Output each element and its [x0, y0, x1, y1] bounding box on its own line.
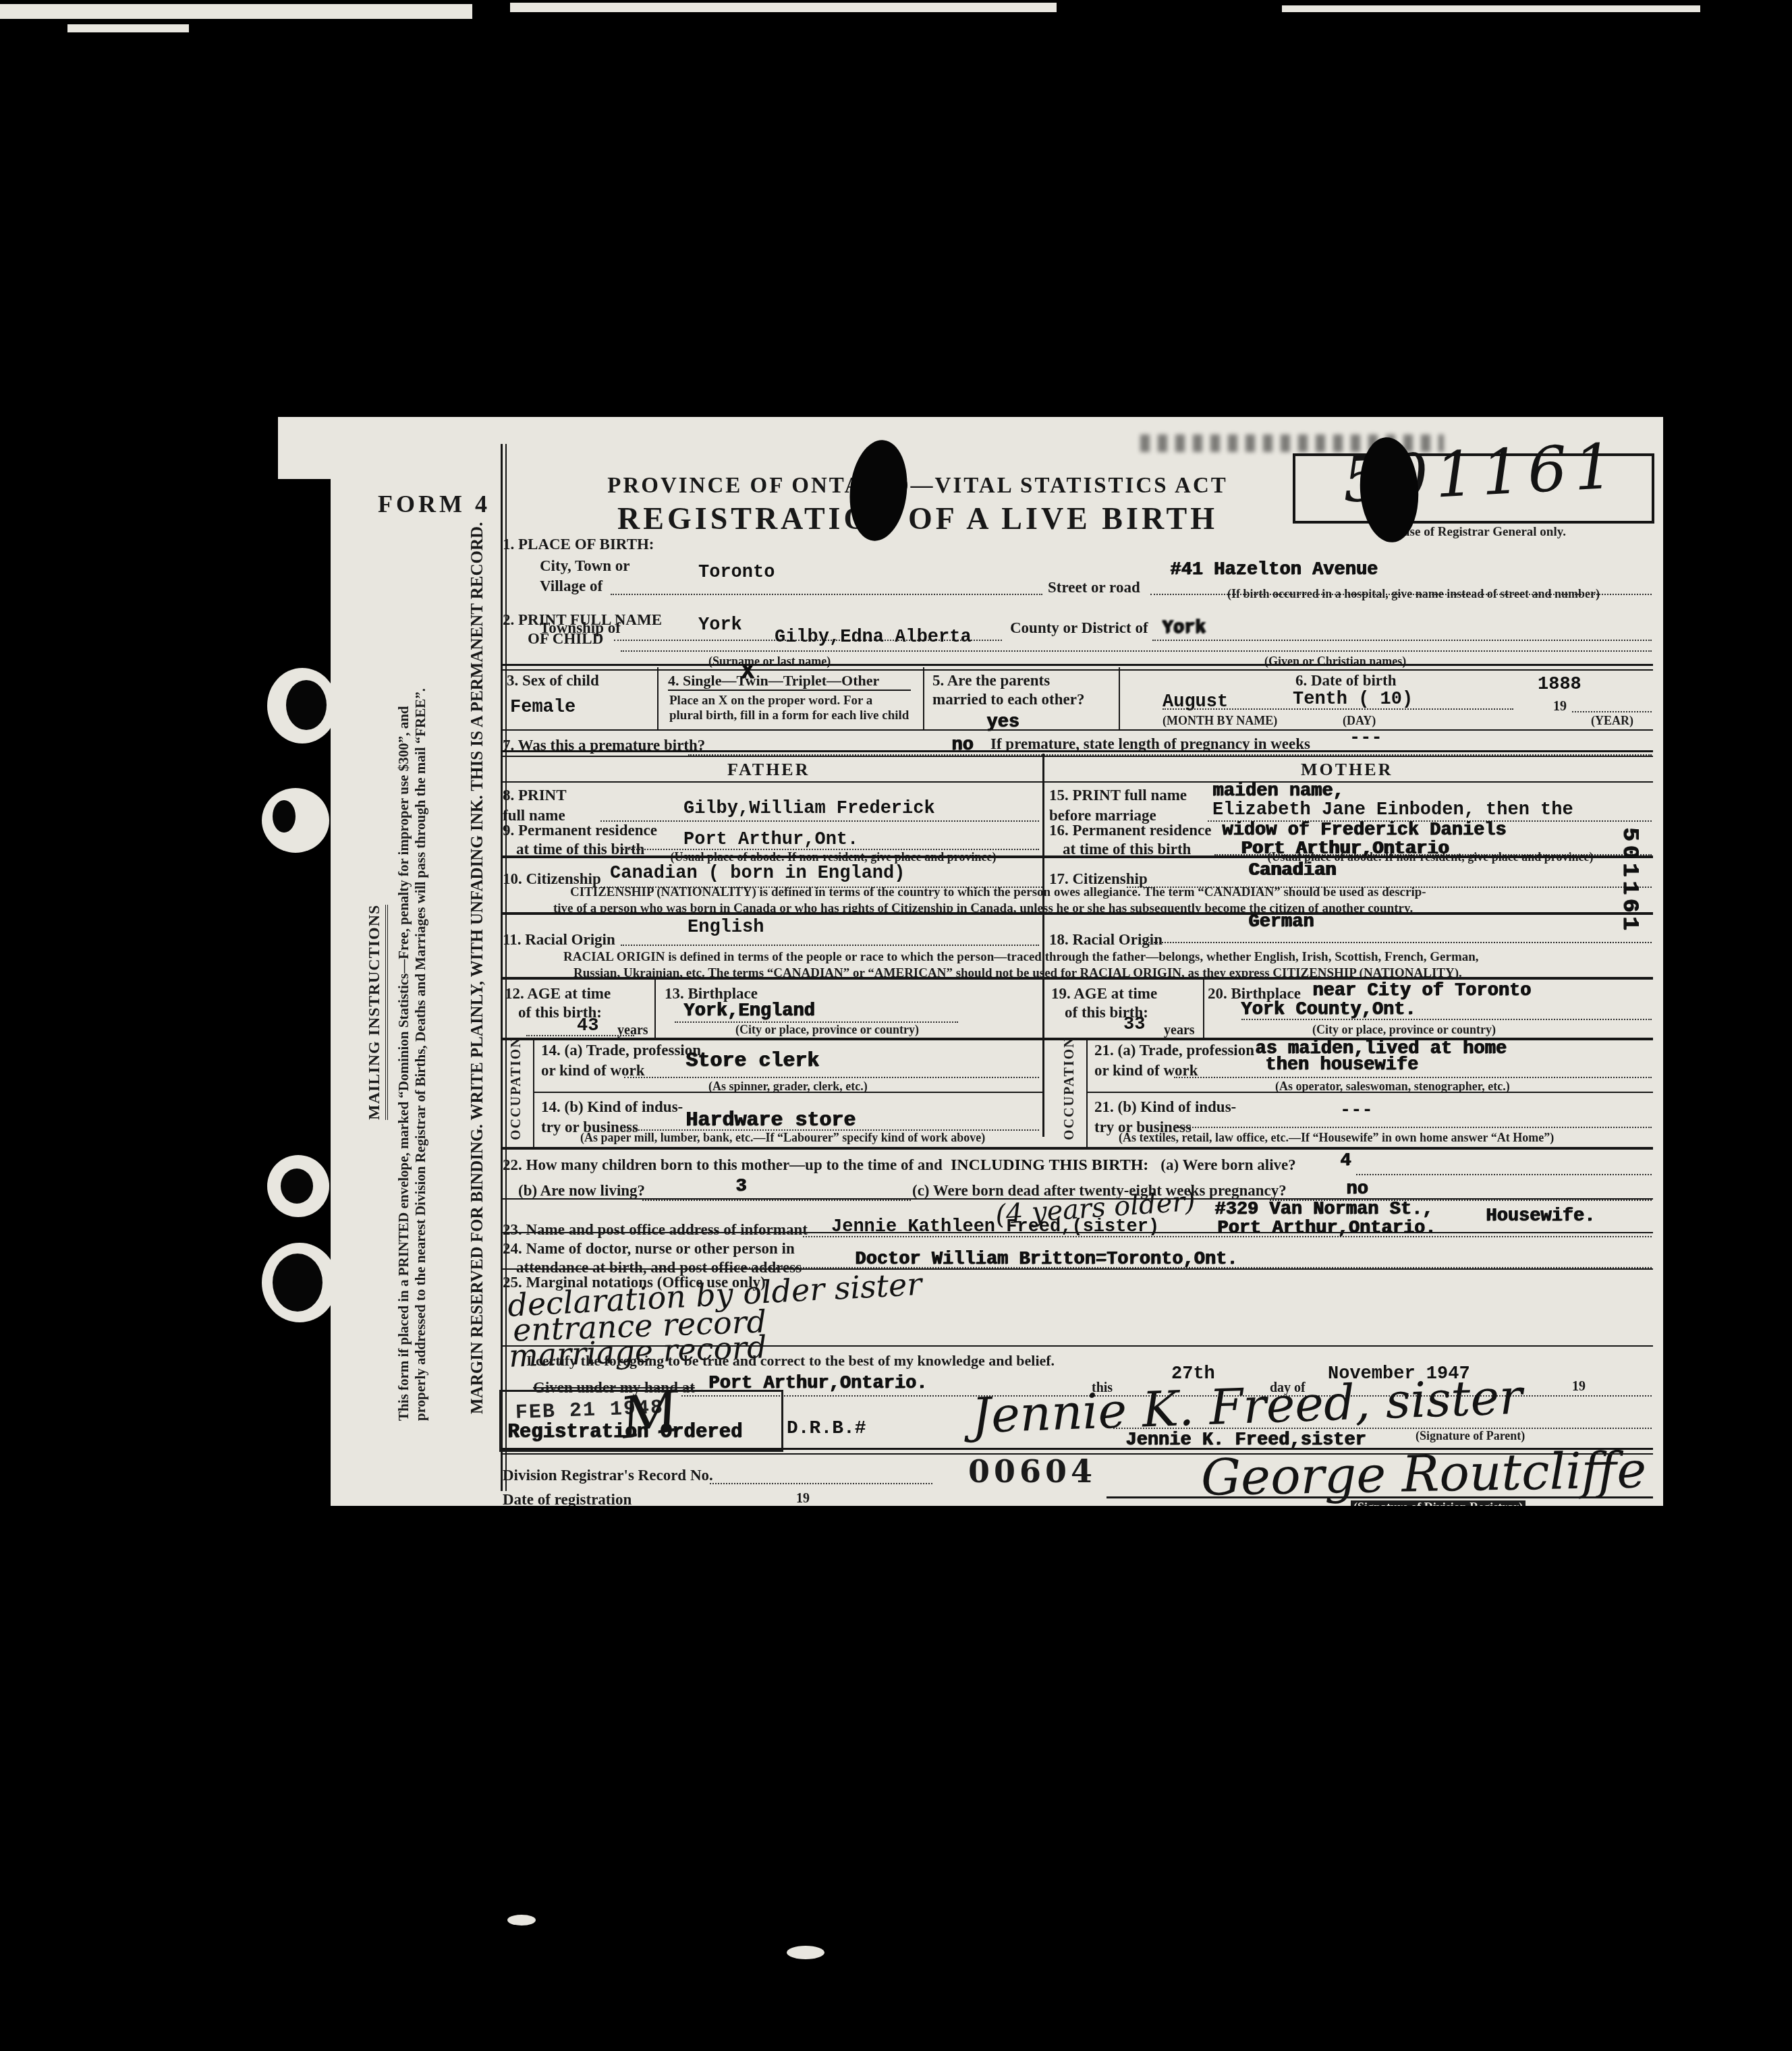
document-page: FORM 4 MAILING INSTRUCTIONS This form if…: [331, 417, 1663, 1506]
s21a-label-1: 21. (a) Trade, profession: [1094, 1042, 1254, 1059]
scan-streak-top-small: [67, 24, 189, 32]
occupation-label-father: OCCUPATION: [509, 1036, 524, 1140]
punch-bulge-2: [262, 788, 329, 853]
s22-b-rule: [642, 1200, 911, 1201]
s20-rule: [1241, 1019, 1652, 1020]
rule-under-s24: [501, 1268, 1653, 1270]
s3-value: Female: [510, 698, 576, 718]
s6-year-pre: 19: [1553, 699, 1567, 714]
father-mother-divider: [1042, 754, 1044, 1137]
scan-streak-top-left: [0, 4, 472, 19]
s14a-rule: [624, 1077, 1039, 1078]
divider-12-13: [654, 978, 656, 1039]
drb-label: D.R.B.#: [787, 1418, 866, 1439]
s18-rule: [1144, 942, 1652, 943]
s4-x-mark: X: [741, 660, 754, 685]
form-border-outer: [501, 444, 503, 1491]
mailing-line-2: properly addressed to the nearest Divisi…: [412, 688, 429, 1421]
s8-label-1: 8. PRINT: [503, 787, 567, 804]
rule-under-s10-17: [501, 912, 1653, 915]
rule-under-s7: [501, 750, 1653, 757]
divider-19-20: [1203, 978, 1204, 1039]
rule-under-occupation: [501, 1147, 1653, 1150]
rule-under-s9-16: [501, 855, 1653, 858]
certify-text: I certify the foregoing to be true and c…: [526, 1352, 1055, 1370]
divider-5-6: [1119, 667, 1120, 729]
binding-margin-text: MARGIN RESERVED FOR BINDING. WRITE PLAIN…: [468, 522, 487, 1414]
s22-label: 22. How many children born to this mothe…: [503, 1156, 943, 1173]
s14b-value: Hardware store: [685, 1109, 856, 1132]
scanned-birth-registration: { "page": { "form_no": "FORM 4", "act": …: [0, 0, 1792, 2051]
s13-label: 13. Birthplace: [665, 985, 758, 1003]
registrar-box-caption: For use of Registrar General only.: [1293, 525, 1653, 540]
s2-label-1: 2. PRINT FULL NAME: [503, 611, 662, 629]
s19-label-1: 19. AGE at time: [1051, 985, 1157, 1003]
s21b-note: (As textiles, retail, law office, etc.—I…: [1119, 1131, 1554, 1145]
racial-note-1: RACIAL ORIGIN is defined in terms of the…: [563, 950, 1479, 965]
s23-value: Jennie Kathleen Freed,(sister): [831, 1217, 1159, 1237]
s8-rule: [600, 820, 1039, 822]
s13-value: York,England: [683, 1001, 814, 1021]
side-serial-number: 501161: [1617, 827, 1642, 934]
s1-city-rule: [611, 594, 1042, 595]
punch-hole-left-4: [273, 1254, 323, 1312]
s15-value: Elizabeth Jane Einboden, then the: [1212, 800, 1573, 820]
s6-day-caption: (DAY): [1343, 714, 1376, 728]
s1-street-value: #41 Hazelton Avenue: [1170, 560, 1378, 580]
rule-under-s11-18: [501, 977, 1653, 980]
s5-label-1: 5. Are the parents: [932, 672, 1050, 690]
scan-streak-top-mid: [510, 3, 1057, 12]
divider-3-4: [657, 667, 659, 729]
s20-value-1: near City of Toronto: [1312, 981, 1531, 1001]
form-border-inner: [505, 444, 507, 1491]
occupation-label-mother: OCCUPATION: [1062, 1036, 1077, 1140]
division-registrar-note: (For use of Division Registrar only): [648, 1505, 831, 1506]
scan-speck-bottom-2: [787, 1946, 824, 1959]
s9-label-1: 9. Permanent residence: [503, 822, 657, 839]
s23-label: 23. Name and post office address of info…: [503, 1221, 808, 1239]
s6-year: 1888: [1538, 675, 1581, 695]
s22-b-label: (b) Are now living?: [518, 1182, 645, 1200]
rule-under-s23: [501, 1232, 1653, 1233]
s8-value: Gilby,William Frederick: [683, 799, 935, 819]
form-number: FORM 4: [378, 490, 491, 518]
s6-year-caption: (YEAR): [1591, 714, 1633, 728]
s1-city-label-2: Village of: [540, 578, 603, 595]
rule-under-s2: [501, 664, 1653, 671]
s21b-rule: [1174, 1127, 1652, 1128]
s19-years: years: [1164, 1023, 1195, 1038]
s22-a-rule: [1356, 1174, 1652, 1175]
rule-under-21a: [1086, 1092, 1653, 1093]
s11-label: 11. Racial Origin: [503, 931, 615, 949]
occupation-strip-divider-mother: [1086, 1039, 1088, 1147]
s22-a-value: 4: [1340, 1151, 1351, 1171]
s14a-label-1: 14. (a) Trade, profession: [541, 1042, 701, 1059]
s23-addr2: Port Arthur,Ontario.: [1217, 1218, 1436, 1239]
s1-street-note: (If birth occurred in a hospital, give n…: [1174, 587, 1653, 601]
s2-name-value: Gilby,Edna Alberta: [775, 627, 972, 648]
s5-label-2: married to each other?: [932, 691, 1084, 708]
s1-city-label-1: City, Town or: [540, 557, 630, 575]
s17-value: Canadian: [1248, 861, 1336, 881]
s19-value: 33: [1123, 1015, 1145, 1035]
s1-county-rule: [1152, 640, 1652, 641]
s12-label-1: 12. AGE at time: [505, 985, 611, 1003]
mailing-instructions-text: This form if placed in a PRINTED envelop…: [395, 688, 429, 1421]
s6-month-caption: (MONTH BY NAME): [1163, 714, 1277, 728]
s1-street-label: Street or road: [1048, 579, 1140, 596]
s20-value-2: York County,Ont.: [1241, 1000, 1416, 1020]
s22-label-bold: INCLUDING THIS BIRTH:: [951, 1156, 1148, 1174]
scan-streak-top-right: [1282, 5, 1700, 12]
citizenship-note-1: CITIZENSHIP (NATIONALITY) is defined in …: [570, 885, 1426, 900]
s1-city-value: Toronto: [698, 563, 775, 583]
father-header: FATHER: [727, 760, 810, 780]
s6-day: Tenth ( 10): [1293, 690, 1413, 710]
s15-pre-value: maiden name,: [1212, 781, 1343, 802]
scan-speck-bottom-1: [507, 1915, 536, 1926]
rule-under-s3-6: [501, 729, 1653, 731]
act-title: PROVINCE OF ONTARIO—VITAL STATISTICS ACT: [533, 474, 1302, 499]
record-number-rule: [710, 1483, 932, 1484]
document-title: REGISTRATION OF A LIVE BIRTH: [533, 501, 1302, 536]
s11-rule: [621, 945, 1039, 946]
s22-line-a: 22. How many children born to this mothe…: [503, 1156, 1296, 1175]
parent-signature-rule: [1113, 1428, 1652, 1429]
s21b-value: ---: [1340, 1101, 1373, 1121]
rule-under-s25: [501, 1345, 1653, 1347]
divider-4-5: [923, 667, 924, 729]
registrar-signature-caption: (Signature of Division Registrar): [1351, 1500, 1525, 1506]
s22-c-value: no: [1346, 1179, 1368, 1200]
s12-value: 43: [577, 1016, 598, 1036]
rule-under-headers: [501, 781, 1653, 783]
page-corner-patch: [278, 417, 336, 479]
rule-under-14a: [533, 1092, 1042, 1093]
s11-value: English: [688, 918, 764, 938]
s23-occ: Housewife.: [1486, 1206, 1595, 1227]
s18-label: 18. Racial Origin: [1049, 931, 1163, 949]
registrar-signature-rule: [1107, 1496, 1653, 1498]
s4-label: 4. Single—Twin—Triplet—Other: [668, 672, 879, 690]
s16-label-1: 16. Permanent residence: [1049, 822, 1211, 839]
s16-pre-value: widow of Frederick Daniels: [1222, 820, 1506, 841]
mailing-line-1: This form if placed in a PRINTED envelop…: [395, 688, 412, 1421]
s18-value: German: [1248, 912, 1314, 932]
s21a-rule: [1174, 1077, 1652, 1078]
s1-township-value: York: [698, 615, 742, 636]
s7-note-value: ---: [1349, 729, 1382, 749]
s22-a-label: (a) Were born alive?: [1160, 1156, 1295, 1173]
registration-date-label: Date of registration: [503, 1491, 632, 1506]
given-year-pre: 19: [1572, 1379, 1586, 1395]
punch-hole-left-1: [286, 680, 327, 730]
s21b-label-1: 21. (b) Kind of indus-: [1094, 1098, 1236, 1116]
s13-note: (City or place, province or country): [735, 1023, 919, 1037]
s1-label: 1. PLACE OF BIRTH:: [503, 536, 654, 553]
record-number-label: Division Registrar's Record No.: [503, 1467, 713, 1484]
registration-date-year-pre: 19: [796, 1491, 810, 1506]
stamp-initials: M: [617, 1378, 683, 1451]
punch-hole-left-3: [281, 1169, 313, 1204]
s10-value: Canadian ( born in England): [610, 864, 905, 884]
s14b-note: (As paper mill, lumber, bank, etc.—If “L…: [580, 1131, 985, 1145]
mailing-instructions-heading: MAILING INSTRUCTIONS: [366, 905, 388, 1120]
s1-county-label: County or District of: [1010, 619, 1148, 637]
s6-label: 6. Date of birth: [1295, 672, 1396, 690]
s4-note-2: plural birth, fill in a form for each li…: [669, 708, 909, 723]
s4-note-1: Place an X on the proper word. For a: [669, 694, 872, 708]
occupation-strip-divider-father: [533, 1039, 534, 1147]
s14b-label-1: 14. (b) Kind of indus-: [541, 1098, 683, 1116]
parent-signature-caption: (Signature of Parent): [1416, 1429, 1525, 1443]
s2-label-2: OF CHILD: [528, 630, 603, 648]
record-number-stamp: 00604: [968, 1453, 1096, 1490]
s4-inner-rule: [668, 690, 911, 691]
s6-year-rule: [1572, 711, 1652, 712]
s12-years: years: [617, 1023, 648, 1038]
s3-label: 3. Sex of child: [507, 672, 599, 690]
s15-label-1: 15. PRINT full name: [1049, 787, 1187, 804]
s9-value: Port Arthur,Ont.: [683, 830, 858, 850]
s24-label-1: 24. Name of doctor, nurse or other perso…: [503, 1240, 795, 1258]
punch-hole-left-2: [273, 800, 296, 833]
s22-b-value: 3: [735, 1177, 746, 1197]
s14a-value: Store clerk: [685, 1050, 819, 1073]
mother-header: MOTHER: [1301, 760, 1393, 780]
s6-rule: [1163, 708, 1513, 710]
s21a-value-2: then housewife: [1265, 1055, 1418, 1075]
s23-addr1: #329 Van Norman St.,: [1214, 1200, 1433, 1220]
s20-note: (City or place, province or country): [1312, 1023, 1496, 1037]
s2-rule: [621, 650, 1652, 652]
s1-county-value: York: [1162, 618, 1206, 638]
